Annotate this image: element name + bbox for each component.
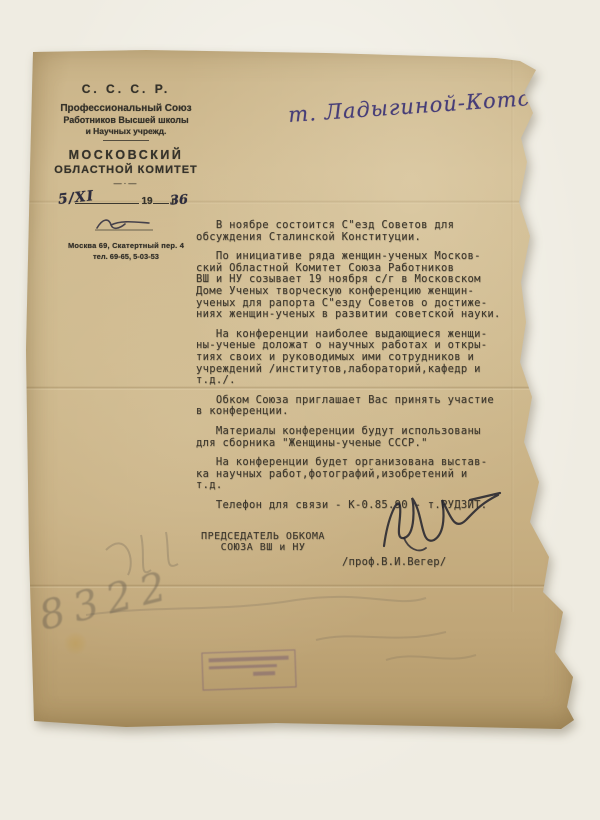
- signature-title: ПРЕДСЕДАТЕЛЬ ОБКОМА СОЮЗА ВШ и НУ: [174, 531, 352, 553]
- letterhead-committee-line1: МОСКОВСКИЙ: [50, 148, 202, 162]
- paragraph-initiative: По инициативе ряда женщин-ученых Москов-…: [196, 251, 548, 321]
- paragraph-materials: Материалы конференции будут использованы…: [196, 426, 548, 449]
- paragraph-exhibition: На конференции будет организована выстав…: [196, 457, 548, 492]
- signature-name-typed: /проф.В.И.Вегер/: [342, 556, 446, 568]
- handwritten-signature: [374, 488, 504, 558]
- date-line: 19 г. 5/XI 36: [50, 196, 202, 214]
- pencil-inventory-number: 8322: [34, 562, 179, 640]
- letterhead-address: Москва 69, Скатертный пер. 4: [50, 241, 202, 250]
- handwritten-date-year: 36: [169, 192, 188, 208]
- handwritten-date-day: 5/XI: [57, 188, 95, 208]
- letterhead-org-line1: Профессиональный Союз: [50, 103, 202, 115]
- aged-paper: С. С. С. Р. Профессиональный Союз Работн…: [26, 50, 576, 732]
- letter-body: В ноябре состоится С"езд Советов для обс…: [196, 220, 548, 519]
- letterhead-ornament: —·—: [50, 179, 202, 188]
- archive-stamp: [201, 649, 296, 690]
- letter-sheet: С. С. С. Р. Профессиональный Союз Работн…: [26, 50, 576, 732]
- letterhead-org-line2: Работников Высшей школы: [50, 115, 202, 125]
- letterhead-org-line3: и Научных учрежд.: [50, 126, 202, 136]
- paragraph-congress: В ноябре состоится С"езд Советов для обс…: [196, 220, 548, 243]
- letterhead-committee-line2: ОБЛАСТНОЙ КОМИТЕТ: [50, 164, 202, 176]
- photo-of-document: { "colors":{"photo_background":"#efece2"…: [0, 0, 600, 820]
- stamp-text-line: [253, 671, 275, 675]
- handwritten-number-flourish: [91, 216, 161, 232]
- paragraph-invitation: Обком Союза приглашает Вас принять участ…: [196, 395, 548, 418]
- letterhead-country: С. С. С. Р.: [50, 82, 202, 96]
- letterhead-phone: тел. 69-65, 5-03-53: [50, 252, 202, 261]
- handwritten-addressee: т. Ладыгиной-Котс.: [287, 85, 548, 127]
- date-printed-prefix: 19: [141, 196, 152, 207]
- letterhead-divider: [103, 140, 149, 141]
- stamp-text-line: [209, 664, 277, 670]
- paragraph-reports: На конференции наиболее выдающиеся женщи…: [196, 329, 548, 387]
- stamp-text-line: [209, 656, 289, 662]
- letterhead: С. С. С. Р. Профессиональный Союз Работн…: [50, 82, 202, 261]
- number-line: [50, 216, 202, 232]
